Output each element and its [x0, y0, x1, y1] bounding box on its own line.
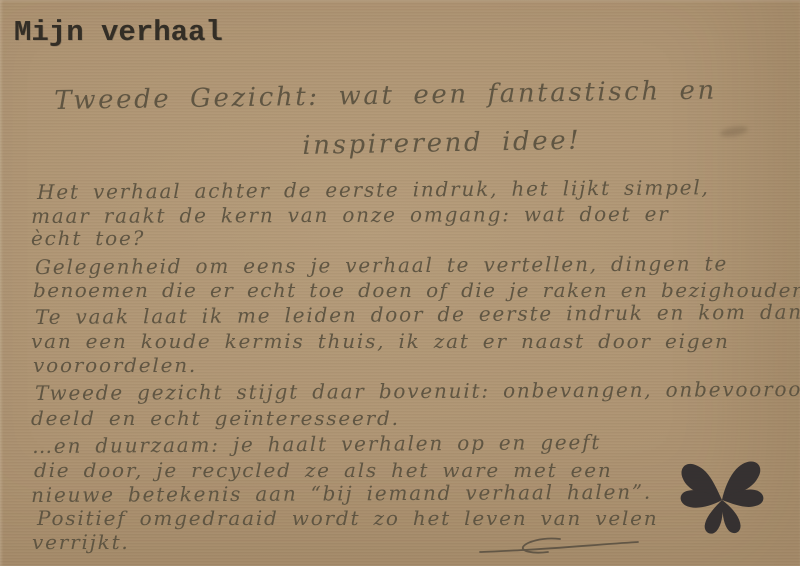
handwritten-line: van een koude kermis thuis, ik zat er na…	[31, 329, 730, 353]
handwritten-line: Het verhaal achter de eerste indruk, het…	[37, 175, 710, 204]
kraft-card: Mijn verhaal Tweede Gezicht: wat een fan…	[0, 0, 800, 566]
handwritten-line: Tweede Gezicht: wat een fantastisch en	[54, 76, 717, 116]
handwritten-line: nieuwe betekenis aan “bij iemand verhaal…	[31, 480, 652, 507]
handwritten-line: …en duurzaam: je haalt verhalen op en ge…	[32, 430, 601, 458]
handwritten-line: maar raakt de kern van onze omgang: wat …	[31, 202, 670, 228]
handwritten-line: die door, je recycled ze als het ware me…	[34, 458, 613, 482]
handwritten-line: Positief omgedraaid wordt zo het leven v…	[37, 506, 658, 530]
handwritten-line: Tweede gezicht stijgt daar bovenuit: onb…	[35, 377, 800, 405]
arrow-flourish-icon	[476, 534, 644, 560]
handwritten-line: benoemen die er echt toe doen of die je …	[33, 278, 800, 302]
card-title: Mijn verhaal	[14, 16, 223, 49]
handwritten-line: vooroordelen.	[33, 353, 197, 377]
handwritten-line: inspirerend idee!	[302, 126, 582, 161]
handwritten-line: deeld en echt geïnteresseerd.	[31, 406, 400, 430]
handwritten-line: ècht toe?	[31, 226, 145, 250]
handwritten-line: Te vaak laat ik me leiden door de eerste…	[35, 300, 800, 329]
ink-smudge	[719, 125, 748, 139]
handwritten-line: Gelegenheid om eens je verhaal te vertel…	[35, 251, 728, 279]
flower-stamp-icon	[658, 436, 786, 564]
handwritten-line: verrijkt.	[32, 530, 130, 554]
